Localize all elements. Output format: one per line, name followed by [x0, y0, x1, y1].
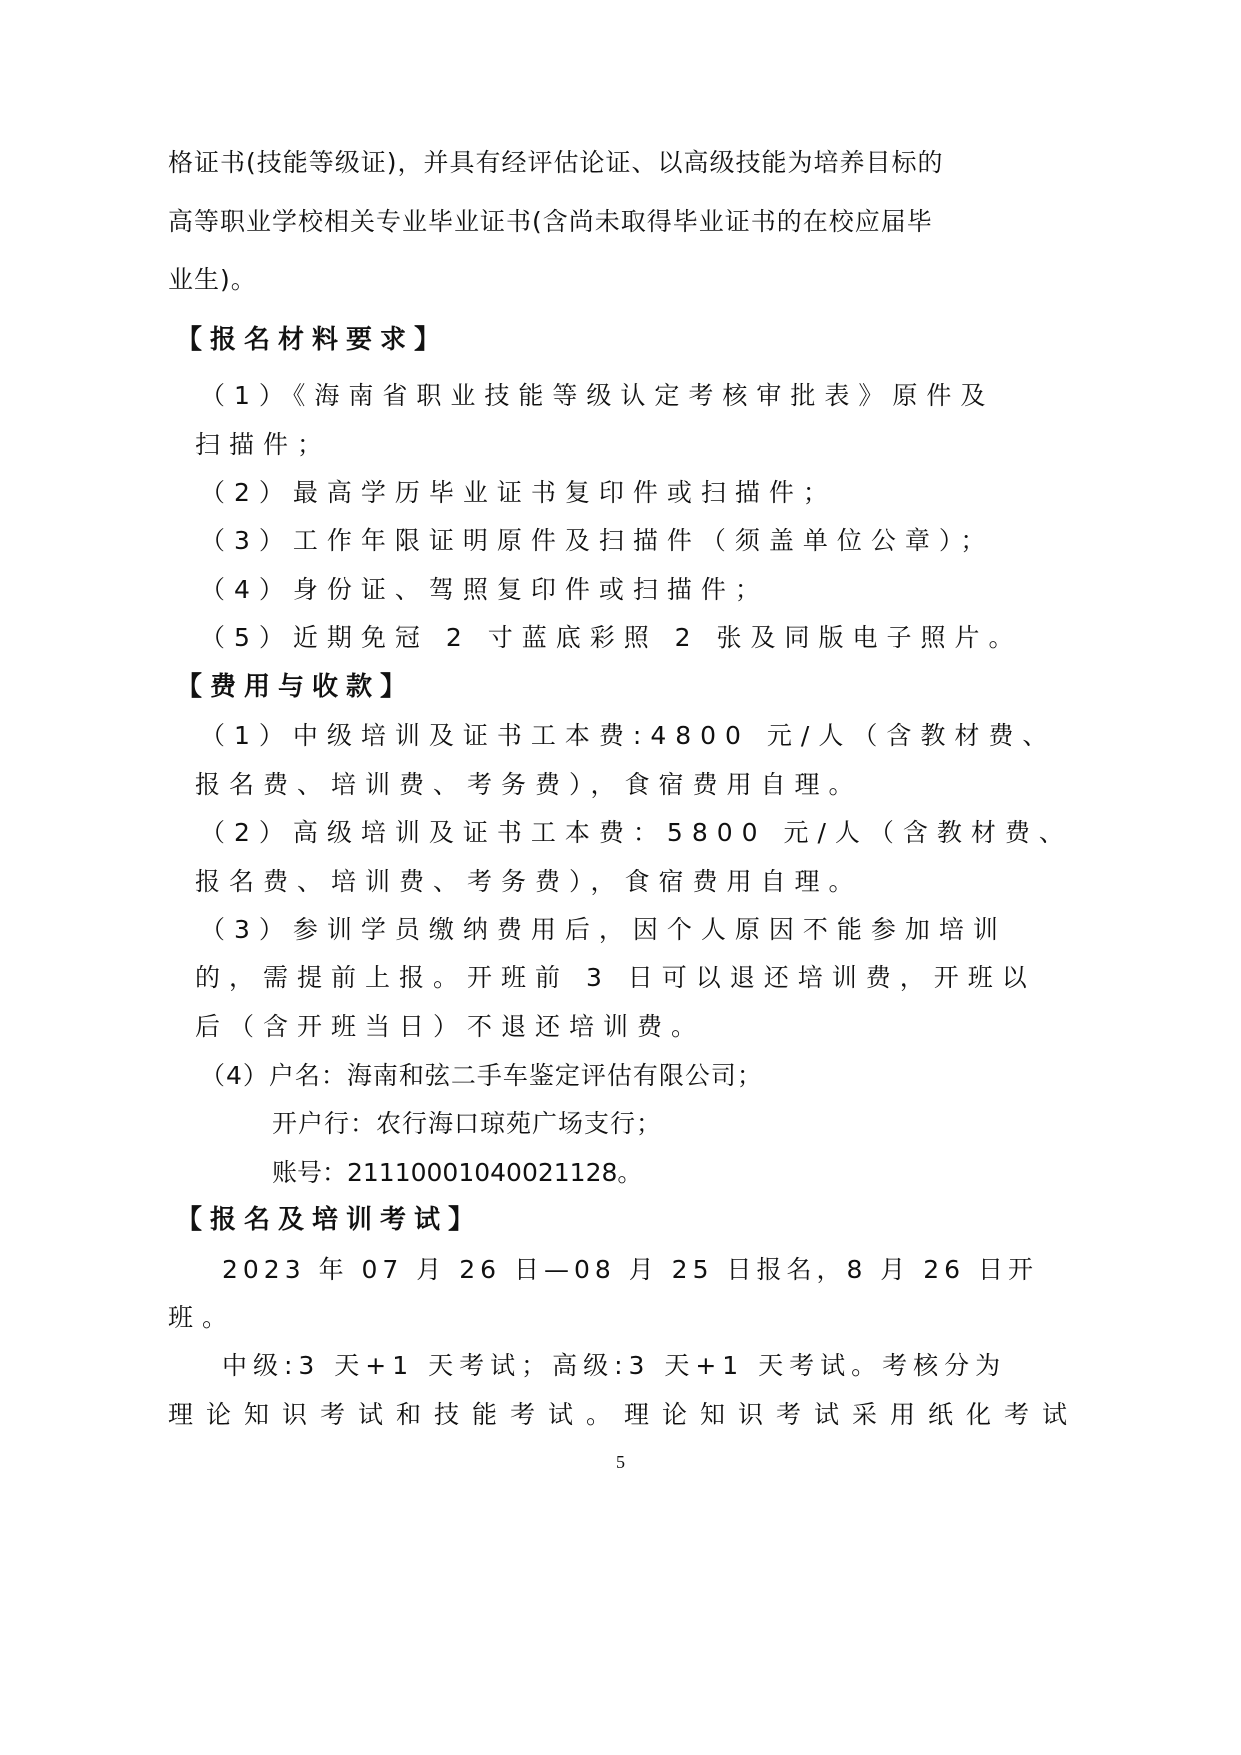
list-item-continued: 扫描件； [195, 430, 331, 460]
list-item: （3）参训学员缴纳费用后，因个人原因不能参加培训 [200, 915, 1007, 945]
section-heading-registration: 【报名及培训考试】 [176, 1205, 482, 1235]
bank-name: 开户行：农行海口琼苑广场支行； [272, 1109, 662, 1139]
list-item: （2）最高学历毕业证书复印件或扫描件； [200, 478, 837, 508]
paragraph-line: 高等职业学校相关专业毕业证书(含尚未取得毕业证书的在校应届毕 [168, 207, 933, 237]
list-item-continued: 报名费、培训费、考务费），食宿费用自理。 [195, 770, 863, 800]
paragraph-line: 中级:3 天+1 天考试；高级:3 天+1 天考试。考核分为 [222, 1351, 1006, 1381]
list-item-account-name: （4）户名：海南和弦二手车鉴定评估有限公司； [200, 1061, 763, 1091]
list-item: （3）工作年限证明原件及扫描件（须盖单位公章）； [200, 526, 994, 556]
paragraph-line: 业生)。 [168, 265, 257, 295]
list-item: （4）身份证、驾照复印件或扫描件； [200, 575, 769, 605]
paragraph-line: 理论知识考试和技能考试。理论知识考试采用纸化考试 [168, 1400, 1080, 1430]
list-item: （2）高级培训及证书工本费：5800 元/人（含教材费、 [200, 818, 1073, 848]
section-heading-fees: 【费用与收款】 [176, 672, 414, 702]
list-item: （5）近期免冠 2 寸蓝底彩照 2 张及同版电子照片。 [200, 623, 1023, 653]
page-number: 5 [0, 1452, 1241, 1473]
section-heading-materials: 【报名材料要求】 [176, 325, 448, 355]
list-item: （1）《海南省职业技能等级认定考核审批表》原件及 [200, 381, 994, 411]
paragraph-line: 格证书(技能等级证)，并具有经评估论证、以高级技能为培养目标的 [168, 148, 944, 178]
list-item-continued: 报名费、培训费、考务费），食宿费用自理。 [195, 867, 863, 897]
list-item-continued: 的，需提前上报。开班前 3 日可以退还培训费，开班以 [195, 963, 1036, 993]
list-item: （1）中级培训及证书工本费:4800 元/人（含教材费、 [200, 721, 1056, 751]
account-number: 账号：21110001040021128。 [272, 1158, 642, 1188]
paragraph-line: 班。 [168, 1303, 236, 1333]
paragraph-line: 2023 年 07 月 26 日—08 月 25 日报名，8 月 26 日开 [222, 1255, 1038, 1285]
list-item-continued: 后（含开班当日）不退还培训费。 [195, 1012, 705, 1042]
